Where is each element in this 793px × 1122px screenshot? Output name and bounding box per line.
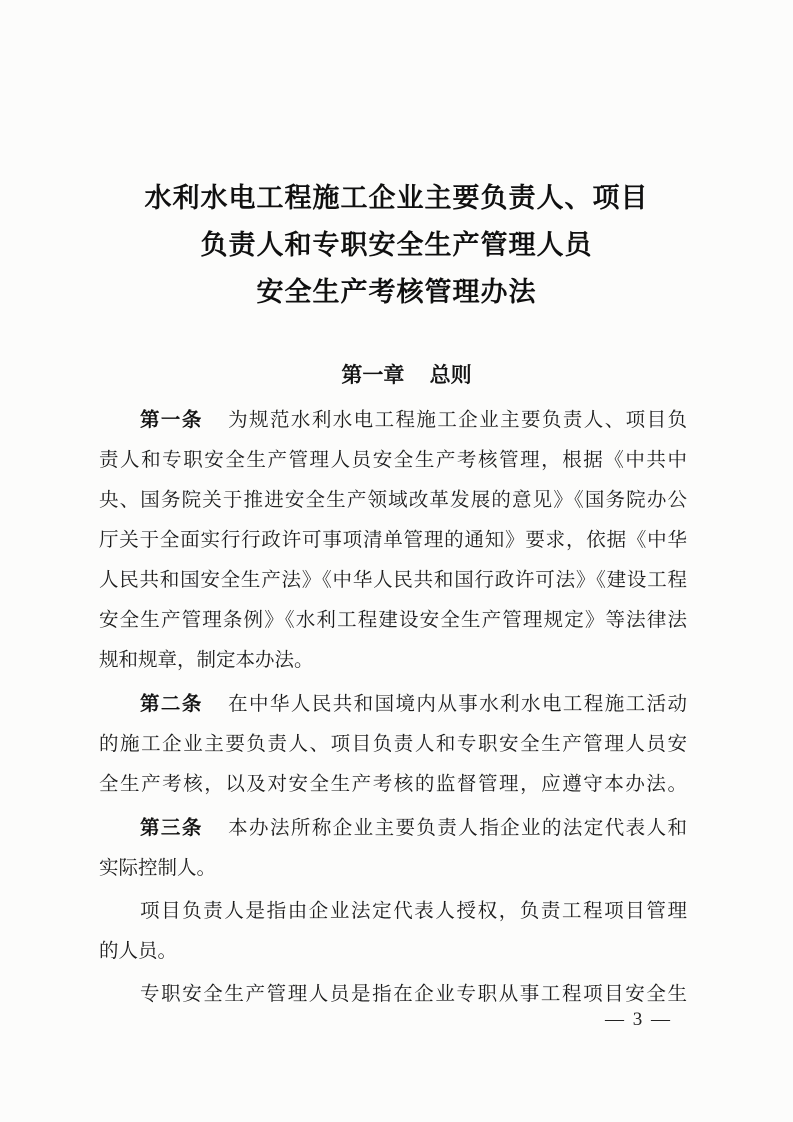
document-body: 第一条为规范水利水电工程施工企业主要负责人、项目负责人和专职安全生产管理人员安全… [99, 400, 687, 1015]
title-line: 安全生产考核管理办法 [0, 269, 793, 316]
text-line: 央、国务院关于推进安全生产领域改革发展的意见》《国务院办公 [99, 481, 687, 521]
text-line: 安全生产管理条例》《水利工程建设安全生产管理规定》等法律法 [99, 601, 687, 641]
chapter-title: 总则 [430, 364, 472, 387]
chapter-number: 第一章 [341, 364, 404, 387]
title-line: 负责人和专职安全生产管理人员 [0, 222, 793, 269]
title-line: 水利水电工程施工企业主要负责人、项目 [0, 175, 793, 222]
article-number: 第一条 [140, 409, 203, 431]
paragraph: 第三条本办法所称企业主要负责人指企业的法定代表人和实际控制人。 [99, 808, 687, 889]
text-line: 项目负责人是指由企业法定代表人授权，负责工程项目管理 [99, 892, 687, 932]
paragraph: 专职安全生产管理人员是指在企业专职从事工程项目安全生 [99, 975, 687, 1015]
document-page: 水利水电工程施工企业主要负责人、项目 负责人和专职安全生产管理人员 安全生产考核… [0, 0, 793, 1122]
article-number: 第三条 [140, 817, 203, 839]
text-line: 第二条在中华人民共和国境内从事水利水电工程施工活动 [99, 684, 687, 725]
text-line: 实际控制人。 [99, 849, 687, 889]
text-line: 第三条本办法所称企业主要负责人指企业的法定代表人和 [99, 808, 687, 849]
text-line: 全生产考核，以及对安全生产考核的监督管理，应遵守本办法。 [99, 765, 687, 805]
paragraph: 项目负责人是指由企业法定代表人授权，负责工程项目管理的人员。 [99, 892, 687, 972]
article-number: 第二条 [140, 693, 203, 715]
text-line: 责人和专职安全生产管理人员安全生产考核管理，根据《中共中 [99, 441, 687, 481]
text-line: 的施工企业主要负责人、项目负责人和专职安全生产管理人员安 [99, 725, 687, 765]
paragraph: 第二条在中华人民共和国境内从事水利水电工程施工活动的施工企业主要负责人、项目负责… [99, 684, 687, 805]
text-line: 厅关于全面实行行政许可事项清单管理的通知》要求，依据《中华 [99, 521, 687, 561]
text-line: 第一条为规范水利水电工程施工企业主要负责人、项目负 [99, 400, 687, 441]
text-line: 专职安全生产管理人员是指在企业专职从事工程项目安全生 [99, 975, 687, 1015]
text-line: 人民共和国安全生产法》《中华人民共和国行政许可法》《建设工程 [99, 561, 687, 601]
document-title: 水利水电工程施工企业主要负责人、项目 负责人和专职安全生产管理人员 安全生产考核… [0, 0, 793, 316]
text-line: 规和规章，制定本办法。 [99, 641, 687, 681]
chapter-heading: 第一章总则 [20, 361, 793, 391]
paragraph: 第一条为规范水利水电工程施工企业主要负责人、项目负责人和专职安全生产管理人员安全… [99, 400, 687, 681]
page-number: — 3 — [605, 1009, 672, 1031]
text-line: 的人员。 [99, 932, 687, 972]
